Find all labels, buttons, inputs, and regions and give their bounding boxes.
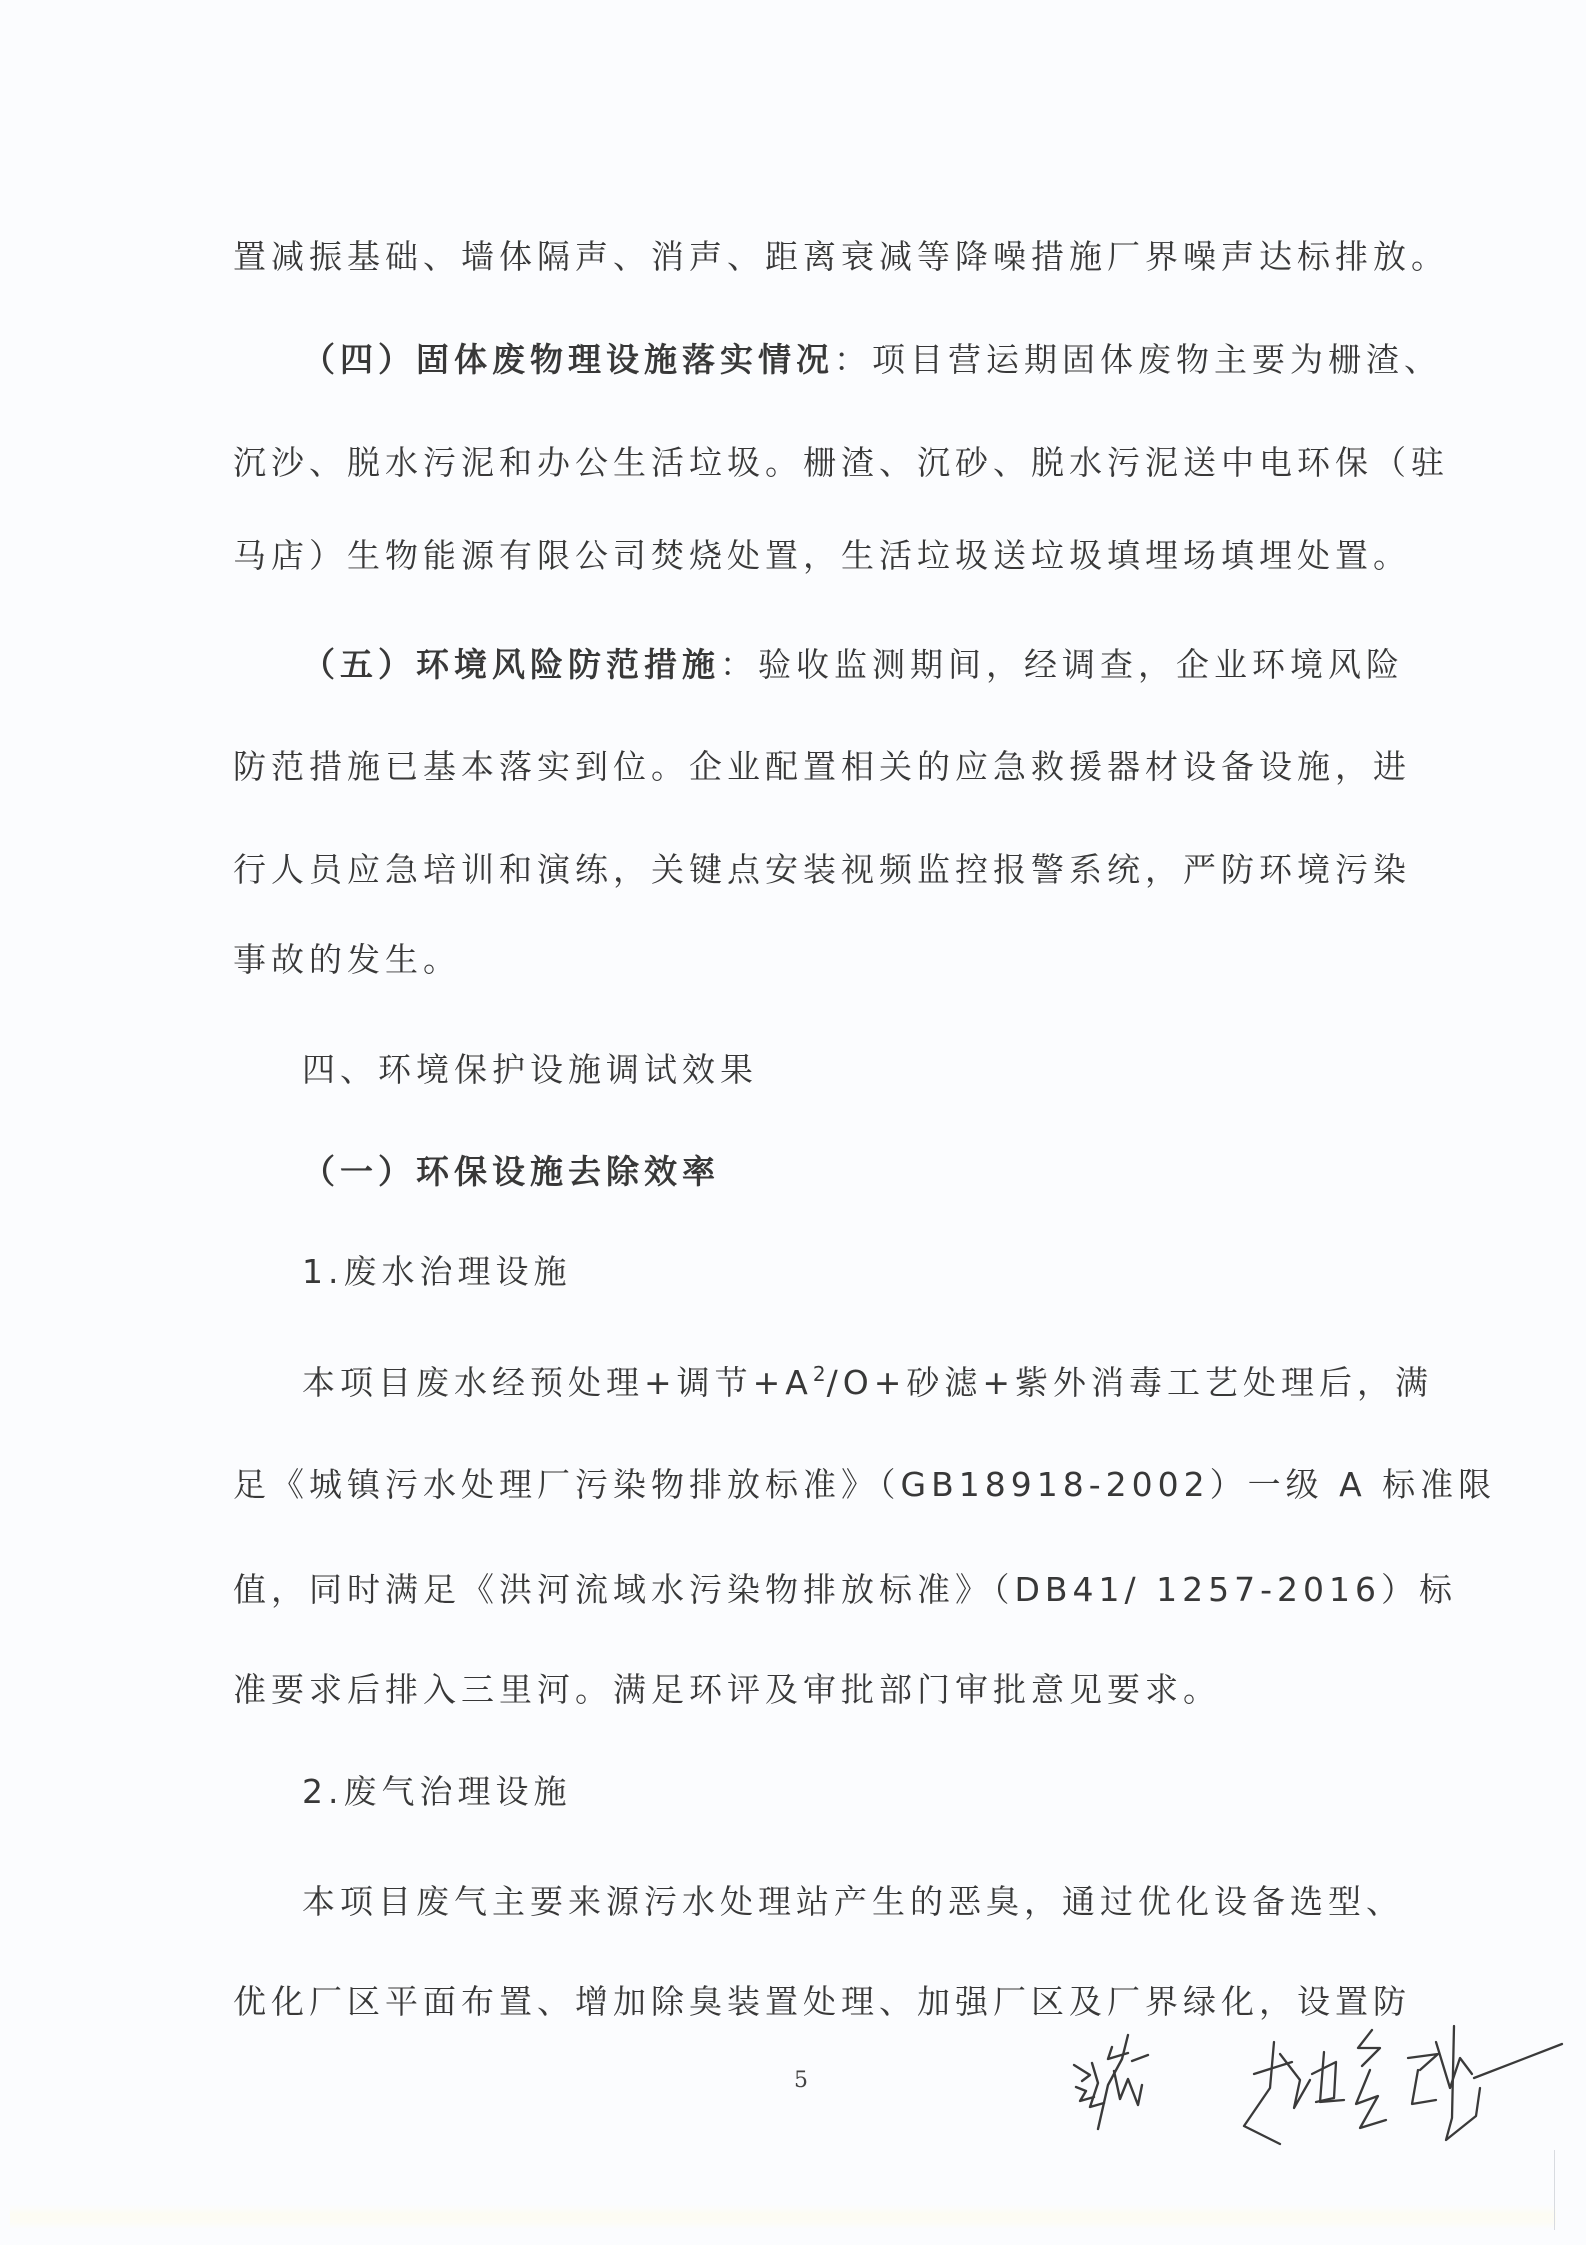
scan-artifact-band (10, 2205, 1556, 2229)
line-text: 沉沙、脱水污泥和办公生活垃圾。栅渣、沉砂、脱水污泥送中电环保（驻 (233, 443, 1449, 482)
paragraph-line: 足《城镇污水处理厂污染物排放标准》（GB18918-2002）一级 A 标准限 (233, 1465, 1496, 1505)
subsection-heading-risk: （五）环境风险防范措施 (302, 645, 720, 684)
paragraph-line: 防范措施已基本落实到位。企业配置相关的应急救援器材设备设施，进 (233, 747, 1411, 787)
item-heading: 1.废水治理设施 (302, 1252, 572, 1292)
item-heading-text: 1.废水治理设施 (302, 1252, 572, 1291)
line-text: 足《城镇污水处理厂污染物排放标准》（GB18918-2002）一级 A 标准限 (233, 1465, 1496, 1504)
line-text: 值，同时满足《洪河流域水污染物排放标准》（DB41/ 1257-2016）标 (233, 1570, 1457, 1609)
item-heading-text: 2.废气治理设施 (302, 1772, 572, 1811)
line-text: 防范措施已基本落实到位。企业配置相关的应急救援器材设备设施，进 (233, 747, 1411, 786)
line-text: 本项目废气主要来源污水处理站产生的恶臭，通过优化设备选型、 (302, 1882, 1404, 1921)
line-text: 准要求后排入三里河。满足环评及审批部门审批意见要求。 (233, 1670, 1221, 1709)
paragraph-line: 马店）生物能源有限公司焚烧处置，生活垃圾送垃圾填埋场填埋处置。 (233, 536, 1411, 576)
subsection-heading-text: （一）环保设施去除效率 (302, 1152, 720, 1191)
signature-1 (1068, 2025, 1188, 2145)
page-number: 5 (794, 2068, 808, 2093)
paragraph-line: 值，同时满足《洪河流域水污染物排放标准》（DB41/ 1257-2016）标 (233, 1570, 1457, 1610)
item-heading: 2.废气治理设施 (302, 1772, 572, 1812)
paragraph-line: 优化厂区平面布置、增加除臭装置处理、加强厂区及厂界绿化，设置防 (233, 1982, 1411, 2022)
subsection-heading-solid-waste: （四）固体废物理设施落实情况 (302, 340, 834, 379)
section-heading: 四、环境保护设施调试效果 (302, 1050, 758, 1090)
superscript: 2 (813, 1362, 827, 1386)
paragraph-line: 准要求后排入三里河。满足环评及审批部门审批意见要求。 (233, 1670, 1221, 1710)
section-heading-text: 四、环境保护设施调试效果 (302, 1050, 758, 1089)
paragraph-line: 沉沙、脱水污泥和办公生活垃圾。栅渣、沉砂、脱水污泥送中电环保（驻 (233, 443, 1449, 483)
paragraph-line: （五）环境风险防范措施：验收监测期间，经调查，企业环境风险 (302, 645, 1404, 685)
line-text: 马店）生物能源有限公司焚烧处置，生活垃圾送垃圾填埋场填埋处置。 (233, 536, 1411, 575)
line-text: 事故的发生。 (233, 940, 461, 979)
paragraph-line: （四）固体废物理设施落实情况：项目营运期固体废物主要为栅渣、 (302, 340, 1442, 380)
line-text: 置减振基础、墙体隔声、消声、距离衰减等降噪措施厂界噪声达标排放。 (233, 237, 1449, 276)
line-text: ：项目营运期固体废物主要为栅渣、 (834, 340, 1442, 379)
paragraph-line: 置减振基础、墙体隔声、消声、距离衰减等降噪措施厂界噪声达标排放。 (233, 237, 1449, 277)
subsection-heading: （一）环保设施去除效率 (302, 1152, 720, 1192)
line-text: ：验收监测期间，经调查，企业环境风险 (720, 645, 1404, 684)
paragraph-line: 行人员应急培训和演练，关键点安装视频监控报警系统，严防环境污染 (233, 850, 1411, 890)
signature-2 (1240, 2018, 1570, 2148)
paragraph-line: 本项目废气主要来源污水处理站产生的恶臭，通过优化设备选型、 (302, 1882, 1404, 1922)
line-text: 优化厂区平面布置、增加除臭装置处理、加强厂区及厂界绿化，设置防 (233, 1982, 1411, 2021)
paragraph-line: 事故的发生。 (233, 940, 461, 980)
page-edge (1554, 2150, 1555, 2230)
paragraph-line: 本项目废水经预处理+调节+A2/O+砂滤+紫外消毒工艺处理后，满 (302, 1363, 1433, 1403)
line-text: 行人员应急培训和演练，关键点安装视频监控报警系统，严防环境污染 (233, 850, 1411, 889)
line-text: 本项目废水经预处理+调节+A (302, 1363, 813, 1402)
line-text: /O+砂滤+紫外消毒工艺处理后，满 (827, 1363, 1433, 1402)
